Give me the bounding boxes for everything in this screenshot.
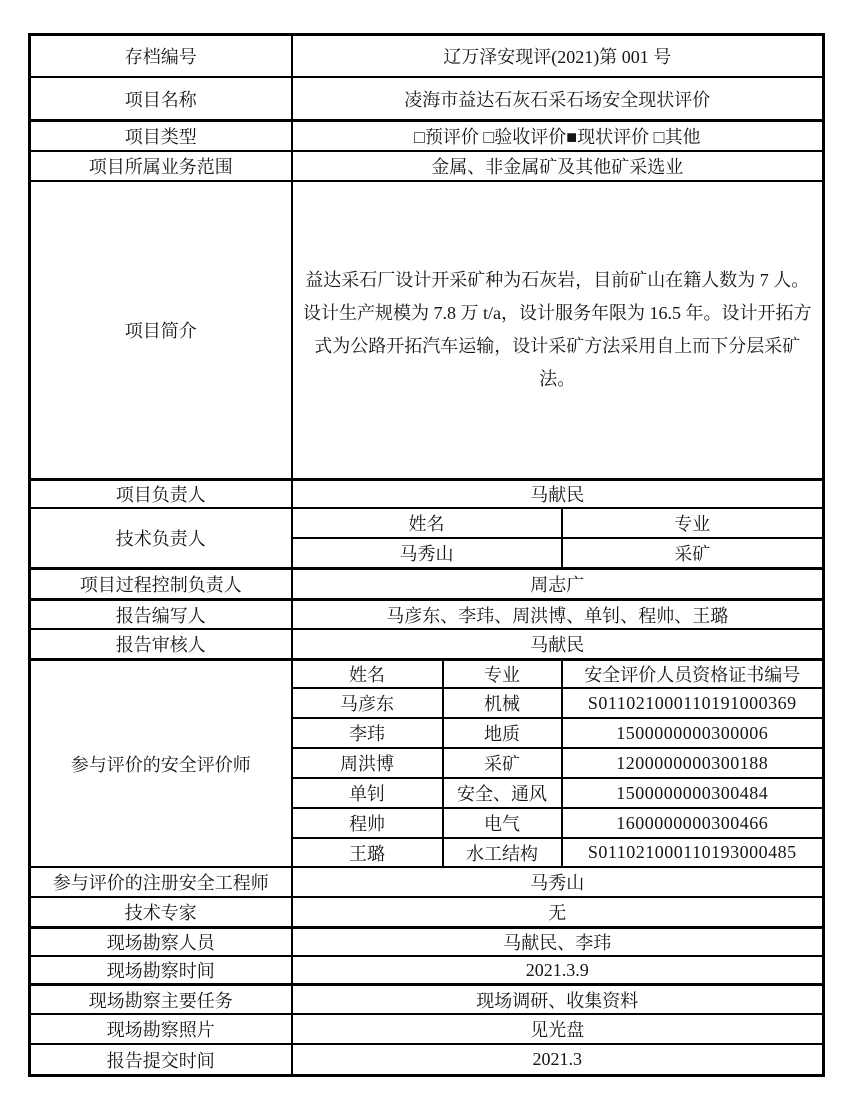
table-row: 报告提交时间 2021.3 [30, 1044, 824, 1076]
evaluator-name-header: 姓名 [292, 660, 443, 689]
table-row: 技术专家 无 [30, 897, 824, 928]
table-row: 技术负责人 姓名 专业 [30, 508, 824, 538]
table-row: 项目过程控制负责人 周志广 [30, 569, 824, 600]
evaluator-name-cell: 程帅 [292, 808, 443, 838]
survey-task-label: 现场勘察主要任务 [30, 985, 292, 1015]
project-type-label: 项目类型 [30, 121, 292, 152]
evaluator-major-cell: 地质 [443, 718, 562, 748]
report-writers-value: 马彦东、李玮、周洪博、单钊、程帅、王璐 [292, 600, 824, 630]
evaluator-cert-header: 安全评价人员资格证书编号 [562, 660, 824, 689]
table-row: 现场勘察时间 2021.3.9 [30, 956, 824, 985]
table-row: 报告审核人 马献民 [30, 629, 824, 660]
project-name-label: 项目名称 [30, 77, 292, 121]
process-controller-label: 项目过程控制负责人 [30, 569, 292, 600]
project-leader-label: 项目负责人 [30, 480, 292, 509]
table-row: 参与评价的安全评价师 姓名 专业 安全评价人员资格证书编号 [30, 660, 824, 689]
evaluator-cert-cell: 1500000000300006 [562, 718, 824, 748]
project-intro-text: 益达采石厂设计开采矿种为石灰岩，目前矿山在籍人数为 7 人。设计生产规模为 7.… [292, 181, 824, 480]
archive-number-value: 辽万泽安现评(2021)第 001 号 [292, 35, 824, 78]
evaluator-name-cell: 周洪博 [292, 748, 443, 778]
tech-leader-major-value: 采矿 [562, 538, 824, 569]
evaluator-major-cell: 水工结构 [443, 838, 562, 867]
archive-number-label: 存档编号 [30, 35, 292, 78]
report-submit-value: 2021.3 [292, 1044, 824, 1076]
table-row: 现场勘察人员 马献民、李玮 [30, 928, 824, 957]
evaluator-name-cell: 李玮 [292, 718, 443, 748]
survey-time-value: 2021.3.9 [292, 956, 824, 985]
evaluator-major-cell: 采矿 [443, 748, 562, 778]
business-scope-value: 金属、非金属矿及其他矿采选业 [292, 151, 824, 181]
process-controller-value: 周志广 [292, 569, 824, 600]
table-row: 项目所属业务范围 金属、非金属矿及其他矿采选业 [30, 151, 824, 181]
registered-engineer-value: 马秀山 [292, 867, 824, 897]
evaluator-cert-cell: 1600000000300466 [562, 808, 824, 838]
tech-leader-name-value: 马秀山 [292, 538, 562, 569]
table-row: 项目简介 益达采石厂设计开采矿种为石灰岩，目前矿山在籍人数为 7 人。设计生产规… [30, 181, 824, 480]
project-leader-value: 马献民 [292, 480, 824, 509]
table-row: 项目负责人 马献民 [30, 480, 824, 509]
table-row: 项目名称 凌海市益达石灰石采石场安全现状评价 [30, 77, 824, 121]
evaluator-cert-cell: 1200000000300188 [562, 748, 824, 778]
evaluator-major-cell: 安全、通风 [443, 778, 562, 808]
evaluation-record-table: 存档编号 辽万泽安现评(2021)第 001 号 项目名称 凌海市益达石灰石采石… [28, 33, 825, 1077]
evaluator-major-cell: 机械 [443, 688, 562, 718]
evaluator-cert-cell: S011021000110191000369 [562, 688, 824, 718]
tech-leader-name-header: 姓名 [292, 508, 562, 538]
evaluator-major-header: 专业 [443, 660, 562, 689]
evaluator-name-cell: 王璐 [292, 838, 443, 867]
project-intro-label: 项目简介 [30, 181, 292, 480]
survey-photos-value: 见光盘 [292, 1014, 824, 1044]
evaluator-major-cell: 电气 [443, 808, 562, 838]
report-reviewer-label: 报告审核人 [30, 629, 292, 660]
tech-expert-value: 无 [292, 897, 824, 928]
evaluators-label: 参与评价的安全评价师 [30, 660, 292, 868]
evaluator-name-cell: 单钊 [292, 778, 443, 808]
survey-photos-label: 现场勘察照片 [30, 1014, 292, 1044]
tech-leader-major-header: 专业 [562, 508, 824, 538]
report-writers-label: 报告编写人 [30, 600, 292, 630]
table-row: 报告编写人 马彦东、李玮、周洪博、单钊、程帅、王璐 [30, 600, 824, 630]
table-row: 现场勘察照片 见光盘 [30, 1014, 824, 1044]
survey-staff-value: 马献民、李玮 [292, 928, 824, 957]
table-row: 参与评价的注册安全工程师 马秀山 [30, 867, 824, 897]
survey-task-value: 现场调研、收集资料 [292, 985, 824, 1015]
evaluator-name-cell: 马彦东 [292, 688, 443, 718]
evaluator-cert-cell: S011021000110193000485 [562, 838, 824, 867]
project-type-checkboxes: □预评价 □验收评价■现状评价 □其他 [292, 121, 824, 152]
evaluator-cert-cell: 1500000000300484 [562, 778, 824, 808]
project-name-value: 凌海市益达石灰石采石场安全现状评价 [292, 77, 824, 121]
business-scope-label: 项目所属业务范围 [30, 151, 292, 181]
survey-staff-label: 现场勘察人员 [30, 928, 292, 957]
registered-engineer-label: 参与评价的注册安全工程师 [30, 867, 292, 897]
survey-time-label: 现场勘察时间 [30, 956, 292, 985]
tech-expert-label: 技术专家 [30, 897, 292, 928]
document-page: 存档编号 辽万泽安现评(2021)第 001 号 项目名称 凌海市益达石灰石采石… [0, 0, 850, 1099]
table-row: 现场勘察主要任务 现场调研、收集资料 [30, 985, 824, 1015]
report-submit-label: 报告提交时间 [30, 1044, 292, 1076]
tech-leader-label: 技术负责人 [30, 508, 292, 569]
table-row: 存档编号 辽万泽安现评(2021)第 001 号 [30, 35, 824, 78]
report-reviewer-value: 马献民 [292, 629, 824, 660]
table-row: 项目类型 □预评价 □验收评价■现状评价 □其他 [30, 121, 824, 152]
